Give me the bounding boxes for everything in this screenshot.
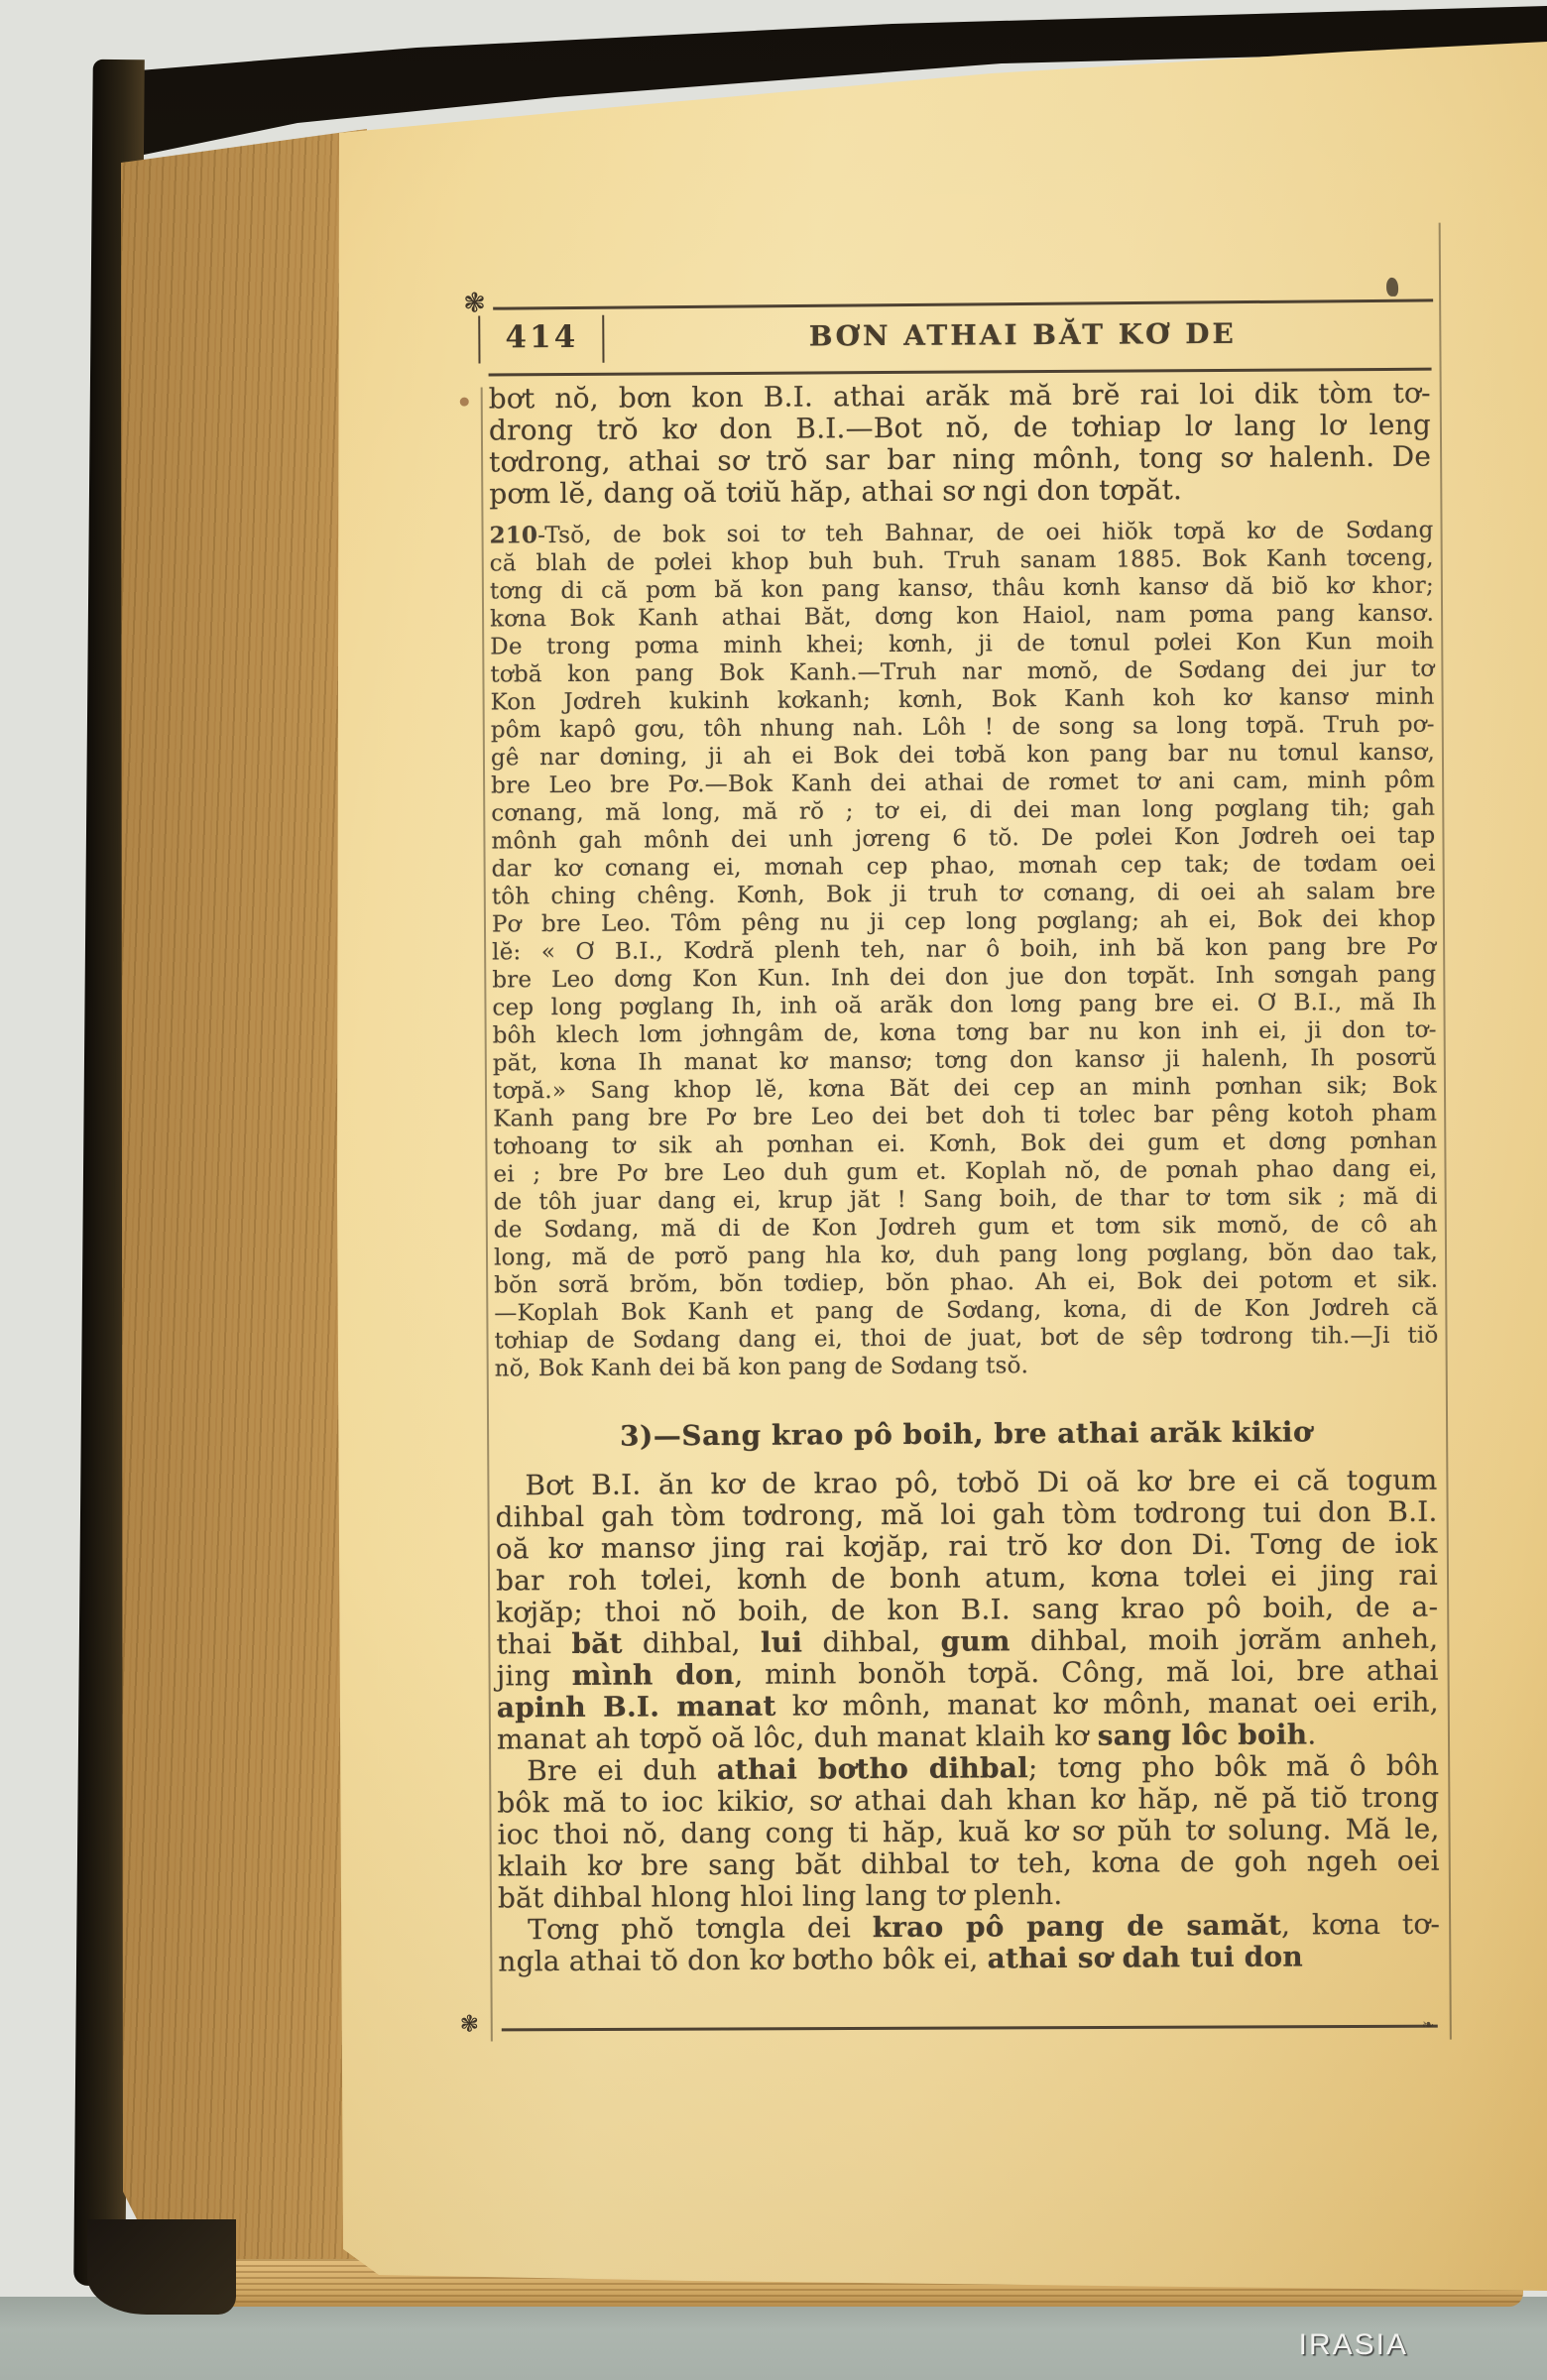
- text-line: nŏ, Bok Kanh dei bă kon pang de Sơdang t…: [495, 1350, 1439, 1383]
- paragraph-3: Tơng phŏ tơngla dei krao pô pang de samă…: [498, 1909, 1440, 1978]
- printed-area: ❃ 414 BƠN ATHAI BĂT KƠ DE bơt nŏ, bơn ko…: [0, 0, 1547, 2380]
- printer-ornament-bottom-right: ❧: [1422, 2016, 1435, 2034]
- page-number: 414: [491, 319, 592, 356]
- text-line: pơm lĕ, dang oă tơiŭ hăp, athai sơ ngi d…: [489, 473, 1431, 511]
- irasia-watermark: IRASIA: [1140, 2328, 1408, 2362]
- paragraph-1: Bơt B.I. ăn kơ de krao pô, tơbŏ Di oă kơ…: [495, 1465, 1439, 1756]
- ink-smudge-top-right: [1386, 278, 1398, 297]
- header-top-rule: [493, 298, 1433, 309]
- ink-speck: [460, 398, 469, 407]
- footnote-210: 210-Tsŏ, de bok soi tơ teh Bahnar, de oe…: [489, 517, 1438, 1383]
- running-title: BƠN ATHAI BĂT KƠ DE: [612, 316, 1433, 354]
- header-bottom-rule: [489, 368, 1432, 376]
- section-heading: 3)—Sang krao pô boih, bre athai arăk kik…: [495, 1415, 1437, 1454]
- paragraph-continuation: bơt nŏ, bơn kon B.I. athai arăk mă brĕ r…: [489, 378, 1432, 511]
- margin-line-right: [1439, 223, 1452, 2040]
- text-line: ngla athai tŏ don kơ bơtho bôk ei, athai…: [498, 1941, 1440, 1978]
- printer-ornament-bottom-left: ❃: [460, 2012, 479, 2038]
- header-divider-right: [602, 315, 604, 363]
- book-scan: ❃ 414 BƠN ATHAI BĂT KƠ DE bơt nŏ, bơn ko…: [0, 0, 1547, 2380]
- footer-rule: [502, 2025, 1438, 2031]
- paragraph-2: Bre ei duh athai bơtho dihbal; tơng pho …: [497, 1750, 1440, 1915]
- header-divider-left: [478, 316, 480, 364]
- printer-ornament-top-left: ❃: [463, 288, 486, 318]
